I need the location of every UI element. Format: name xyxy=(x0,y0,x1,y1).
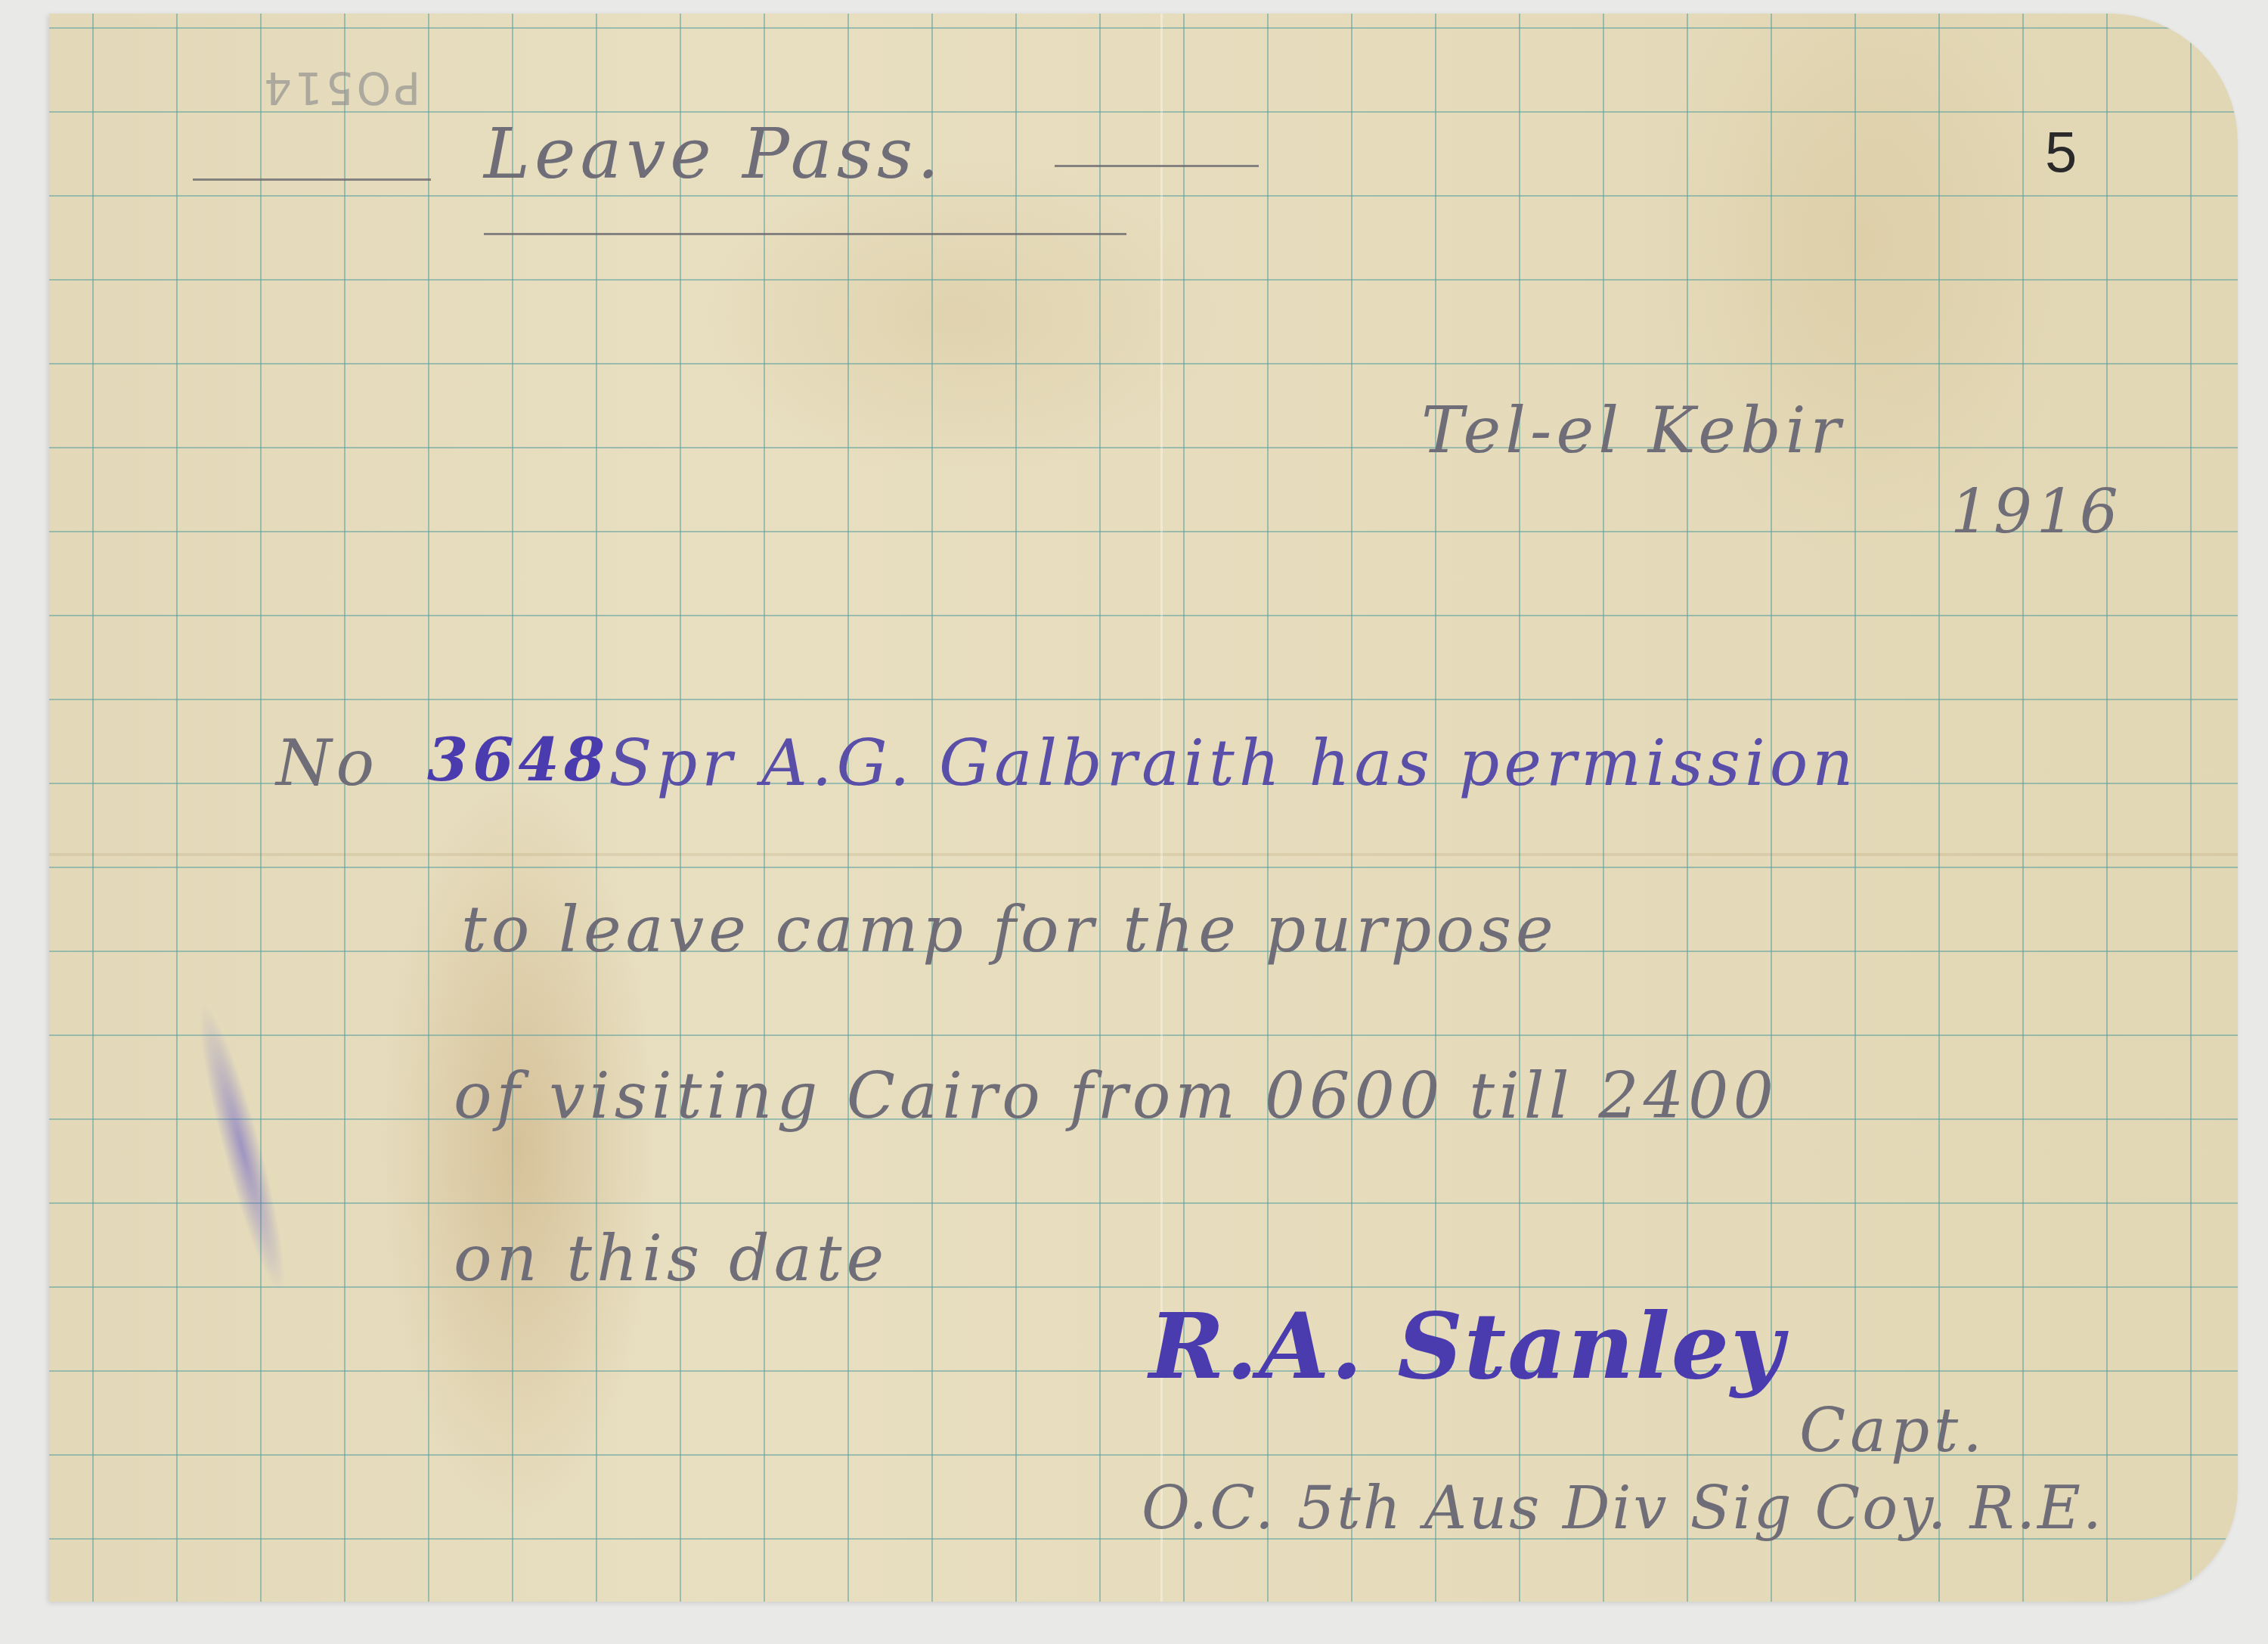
body-line-4: on this date xyxy=(454,1221,888,1295)
graph-paper-grid xyxy=(49,14,2238,1602)
title-rule-left xyxy=(193,178,431,181)
body-line-2: to leave camp for the purpose xyxy=(461,892,1558,966)
leave-pass-document xyxy=(49,14,2238,1602)
signatory-unit: O.C. 5th Aus Div Sig Coy. R.E. xyxy=(1142,1475,2104,1543)
document-title: Leave Pass. xyxy=(484,113,943,194)
title-underline xyxy=(484,233,1126,235)
title-rule-right xyxy=(1055,165,1259,167)
service-number: 3648 xyxy=(427,726,609,795)
body-line-3: of visiting Cairo from 0600 till 2400 xyxy=(454,1059,1778,1133)
number-prefix: No xyxy=(276,726,379,800)
signature: R.A. Stanley xyxy=(1149,1293,1785,1400)
place-name: Tel-el Kebir xyxy=(1421,393,1845,467)
horizontal-fold-crease xyxy=(49,853,2238,856)
year: 1916 xyxy=(1950,476,2123,547)
body-line-1: Spr A.G. Galbraith has permission xyxy=(609,726,1857,800)
page-number: 5 xyxy=(2045,119,2077,185)
signature-rank: Capt. xyxy=(1799,1395,1987,1466)
archive-number: PO514 xyxy=(261,62,420,113)
